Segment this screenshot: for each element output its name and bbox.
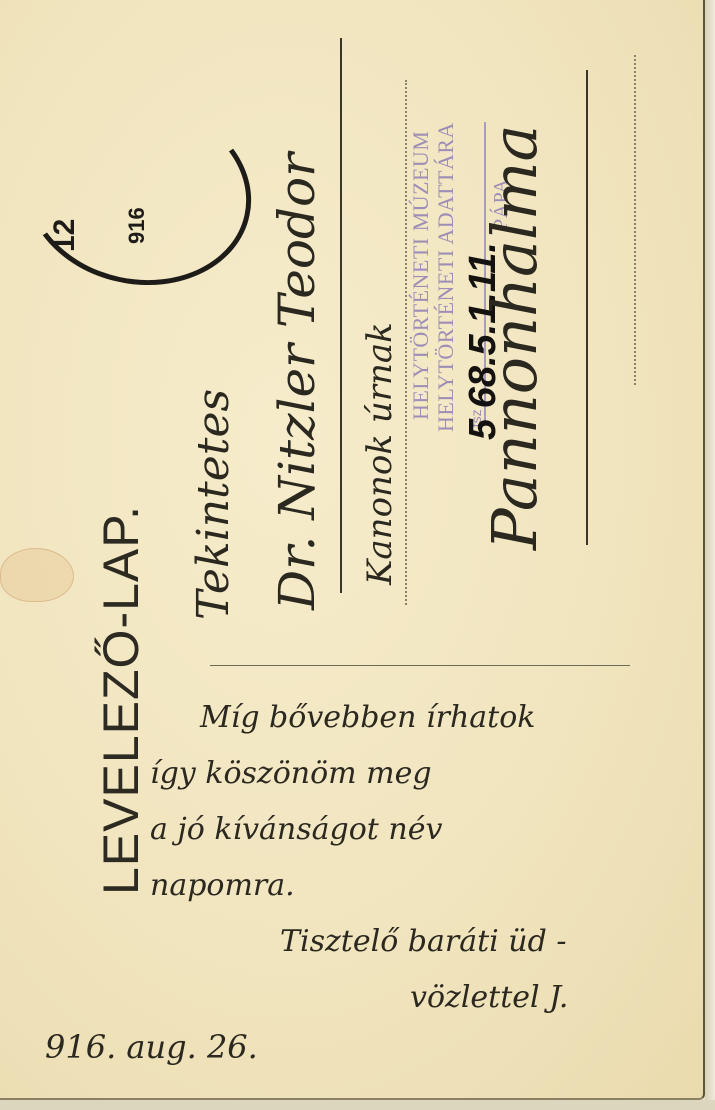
message-line: Míg bővebben írhatok <box>150 690 680 746</box>
postmark-circle <box>7 78 268 305</box>
message-line: vözlettel J. <box>150 970 680 1026</box>
message-line: így köszönöm meg <box>150 746 680 802</box>
postcard: 12 916 LEVELEZŐ-LAP. Tekintetes Dr. Nitz… <box>0 0 705 1100</box>
card-edge-right <box>705 0 715 1110</box>
message-line: Tisztelő baráti üd - <box>150 914 680 970</box>
message-body: Míg bővebben írhatok így köszönöm meg a … <box>150 690 680 1026</box>
address-line-2: Dr. Nitzler Teodor <box>268 153 326 610</box>
written-date: 916. aug. 26. <box>45 1028 258 1066</box>
address-line-1: Tekintetes <box>188 389 239 620</box>
message-line: a jó kívánságot név <box>150 802 680 858</box>
paper-stain <box>0 548 74 602</box>
address-line-4: Pannonhalma <box>478 125 551 551</box>
address-dotted-rule <box>405 80 407 605</box>
address-rule-2 <box>586 70 588 545</box>
message-divider <box>210 665 630 666</box>
address-rule-1 <box>340 38 342 593</box>
card-edge-bottom <box>0 1100 715 1110</box>
postmark-year: 916 <box>124 207 150 244</box>
printed-title: LEVELEZŐ-LAP. <box>92 505 150 895</box>
address-dotted-rule-2 <box>634 55 636 385</box>
message-line: napomra. <box>150 858 680 914</box>
postmark-day: 12 <box>48 219 82 252</box>
museum-stamp-line-2: HELYTÖRTÉNETI ADATTÁRA <box>433 122 459 432</box>
address-line-3: Kanonok úrnak <box>360 322 400 585</box>
museum-stamp-line-1: HELYTÖRTÉNETI MÚZEUM <box>408 131 434 420</box>
